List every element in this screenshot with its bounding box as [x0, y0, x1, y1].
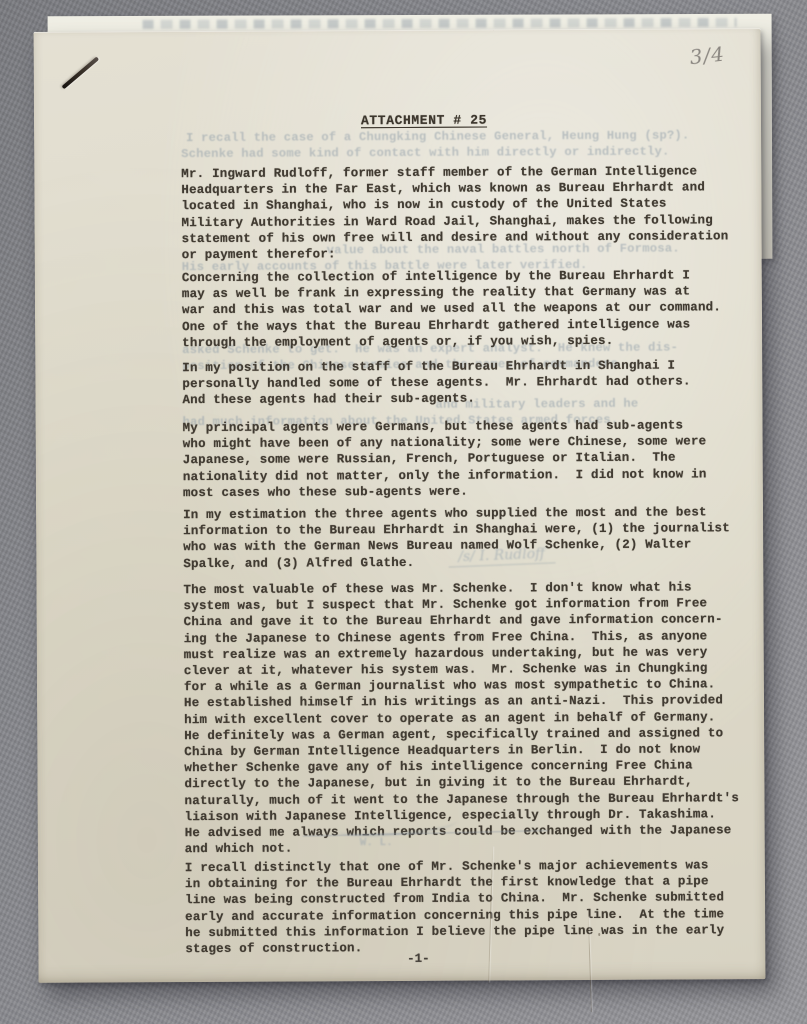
paragraph-6: The most valuable of these was Mr. Schen… — [183, 579, 739, 857]
paragraph-4: My principal agents were Germans, but th… — [183, 417, 707, 501]
document-page: 3/4 ATTACHMENT # 25 I recall the case of… — [34, 28, 766, 983]
staple — [62, 56, 100, 89]
paragraph-1: Mr. Ingward Rudloff, former staff member… — [181, 163, 728, 263]
paper-speck — [598, 933, 600, 936]
bleed-through-text-strip — [143, 18, 737, 29]
paragraph-7: I recall distinctly that one of Mr. Sche… — [185, 857, 725, 957]
paragraph-3: In my position on the staff of the Burea… — [182, 357, 691, 408]
page-number-footer: -1- — [338, 951, 498, 966]
ghost-signature-typed-name: W. L. — [360, 837, 393, 849]
ghost-text-line: Schenke had some kind of contact with hi… — [181, 144, 669, 163]
page-fraction-pencil-note: 3/4 — [688, 42, 726, 70]
paragraph-2: Concerning the collection of intelligenc… — [182, 267, 722, 351]
paper-speck — [225, 770, 227, 772]
